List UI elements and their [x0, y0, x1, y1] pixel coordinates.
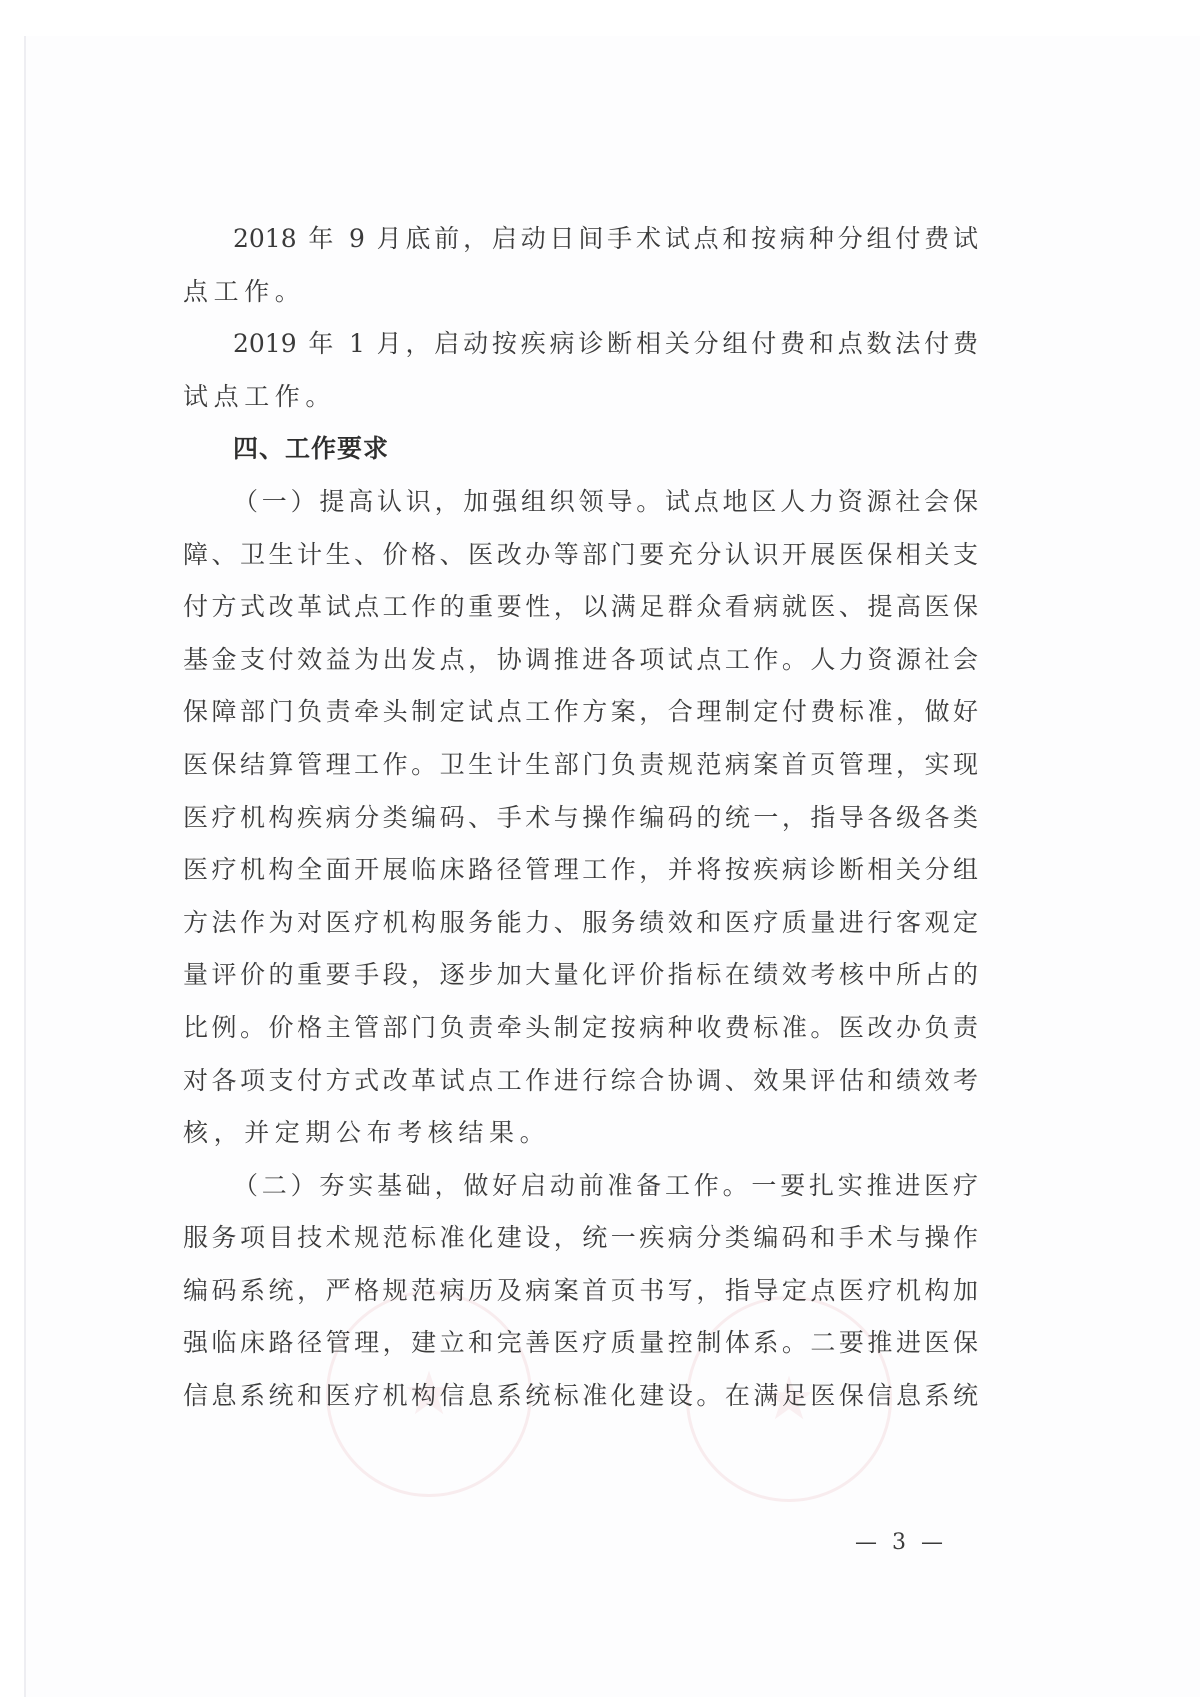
body-text-line: 2019 年 1 月，启动按疾病诊断相关分组付费和点数法付费 — [183, 318, 978, 371]
body-text-line: 障、卫生计生、价格、医改办等部门要充分认识开展医保相关支 — [183, 529, 978, 582]
body-text-line: 方法作为对医疗机构服务能力、服务绩效和医疗质量进行客观定 — [183, 897, 978, 950]
body-text-line: 服务项目技术规范标准化建设，统一疾病分类编码和手术与操作 — [183, 1212, 978, 1265]
body-text-line: 医疗机构疾病分类编码、手术与操作编码的统一，指导各级各类 — [183, 792, 978, 845]
body-text-line: 医疗机构全面开展临床路径管理工作，并将按疾病诊断相关分组 — [183, 844, 978, 897]
body-text-line: 2018 年 9 月底前，启动日间手术试点和按病种分组付费试 — [183, 213, 978, 266]
body-text-line: 医保结算管理工作。卫生计生部门负责规范病案首页管理，实现 — [183, 739, 978, 792]
body-text-line: 比例。价格主管部门负责牵头制定按病种收费标准。医改办负责 — [183, 1002, 978, 1055]
document-body: 2018 年 9 月底前，启动日间手术试点和按病种分组付费试 点工作。 2019… — [183, 213, 978, 1423]
body-text-line: 对各项支付方式改革试点工作进行综合协调、效果评估和绩效考 — [183, 1055, 978, 1108]
body-text-line: 保障部门负责牵头制定试点工作方案，合理制定付费标准，做好 — [183, 686, 978, 739]
body-text-line: 付方式改革试点工作的重要性，以满足群众看病就医、提高医保 — [183, 581, 978, 634]
body-text-line: （二）夯实基础，做好启动前准备工作。一要扎实推进医疗 — [183, 1160, 978, 1213]
body-text-line: 强临床路径管理，建立和完善医疗质量控制体系。二要推进医保 — [183, 1317, 978, 1370]
section-heading: 四、工作要求 — [183, 423, 978, 476]
page-number: — 3 — — [855, 1530, 947, 1555]
body-text-line: 试点工作。 — [183, 371, 978, 424]
body-text-line: 编码系统，严格规范病历及病案首页书写，指导定点医疗机构加 — [183, 1265, 978, 1318]
body-text-line: 量评价的重要手段，逐步加大量化评价指标在绩效考核中所占的 — [183, 949, 978, 1002]
body-text-line: 基金支付效益为出发点，协调推进各项试点工作。人力资源社会 — [183, 634, 978, 687]
body-text-line: 信息系统和医疗机构信息系统标准化建设。在满足医保信息系统 — [183, 1370, 978, 1423]
body-text-line: （一）提高认识，加强组织领导。试点地区人力资源社会保 — [183, 476, 978, 529]
body-text-line: 点工作。 — [183, 266, 978, 319]
body-text-line: 核，并定期公布考核结果。 — [183, 1107, 978, 1160]
